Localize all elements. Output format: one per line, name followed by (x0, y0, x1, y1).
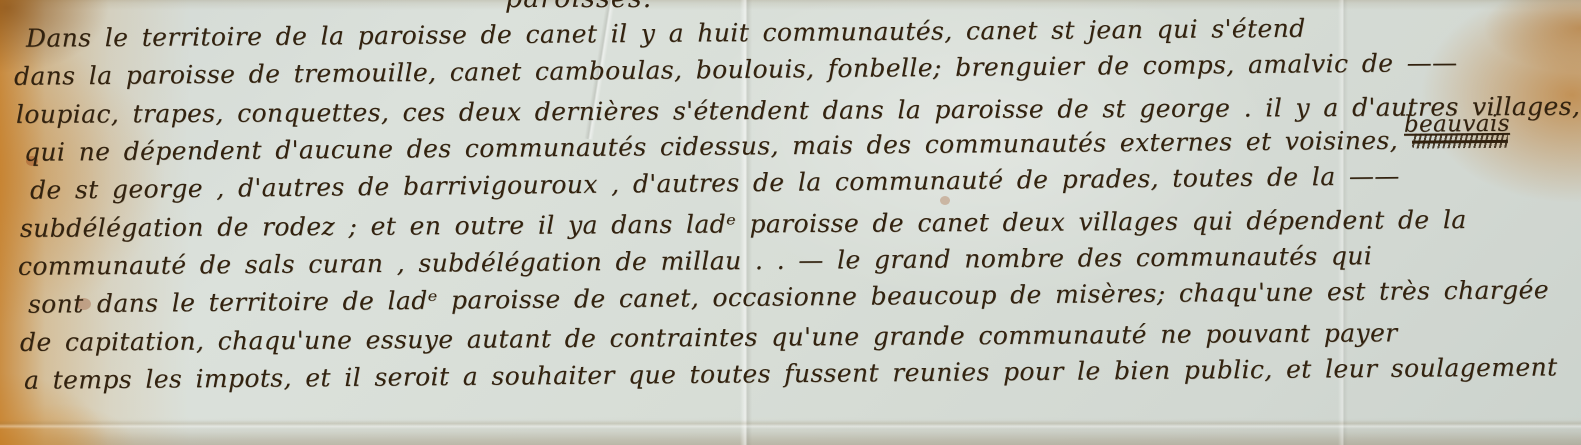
clipped-top-line-fragment: paroisses. (505, 0, 652, 14)
interlinear-correction: beauvais (1404, 105, 1510, 144)
manuscript-scan: paroisses. Dans le territoire de la paro… (0, 0, 1581, 445)
manuscript-lines: Dans le territoire de la paroisse de can… (0, 20, 1581, 400)
fold-crease-bottom (0, 420, 1581, 429)
